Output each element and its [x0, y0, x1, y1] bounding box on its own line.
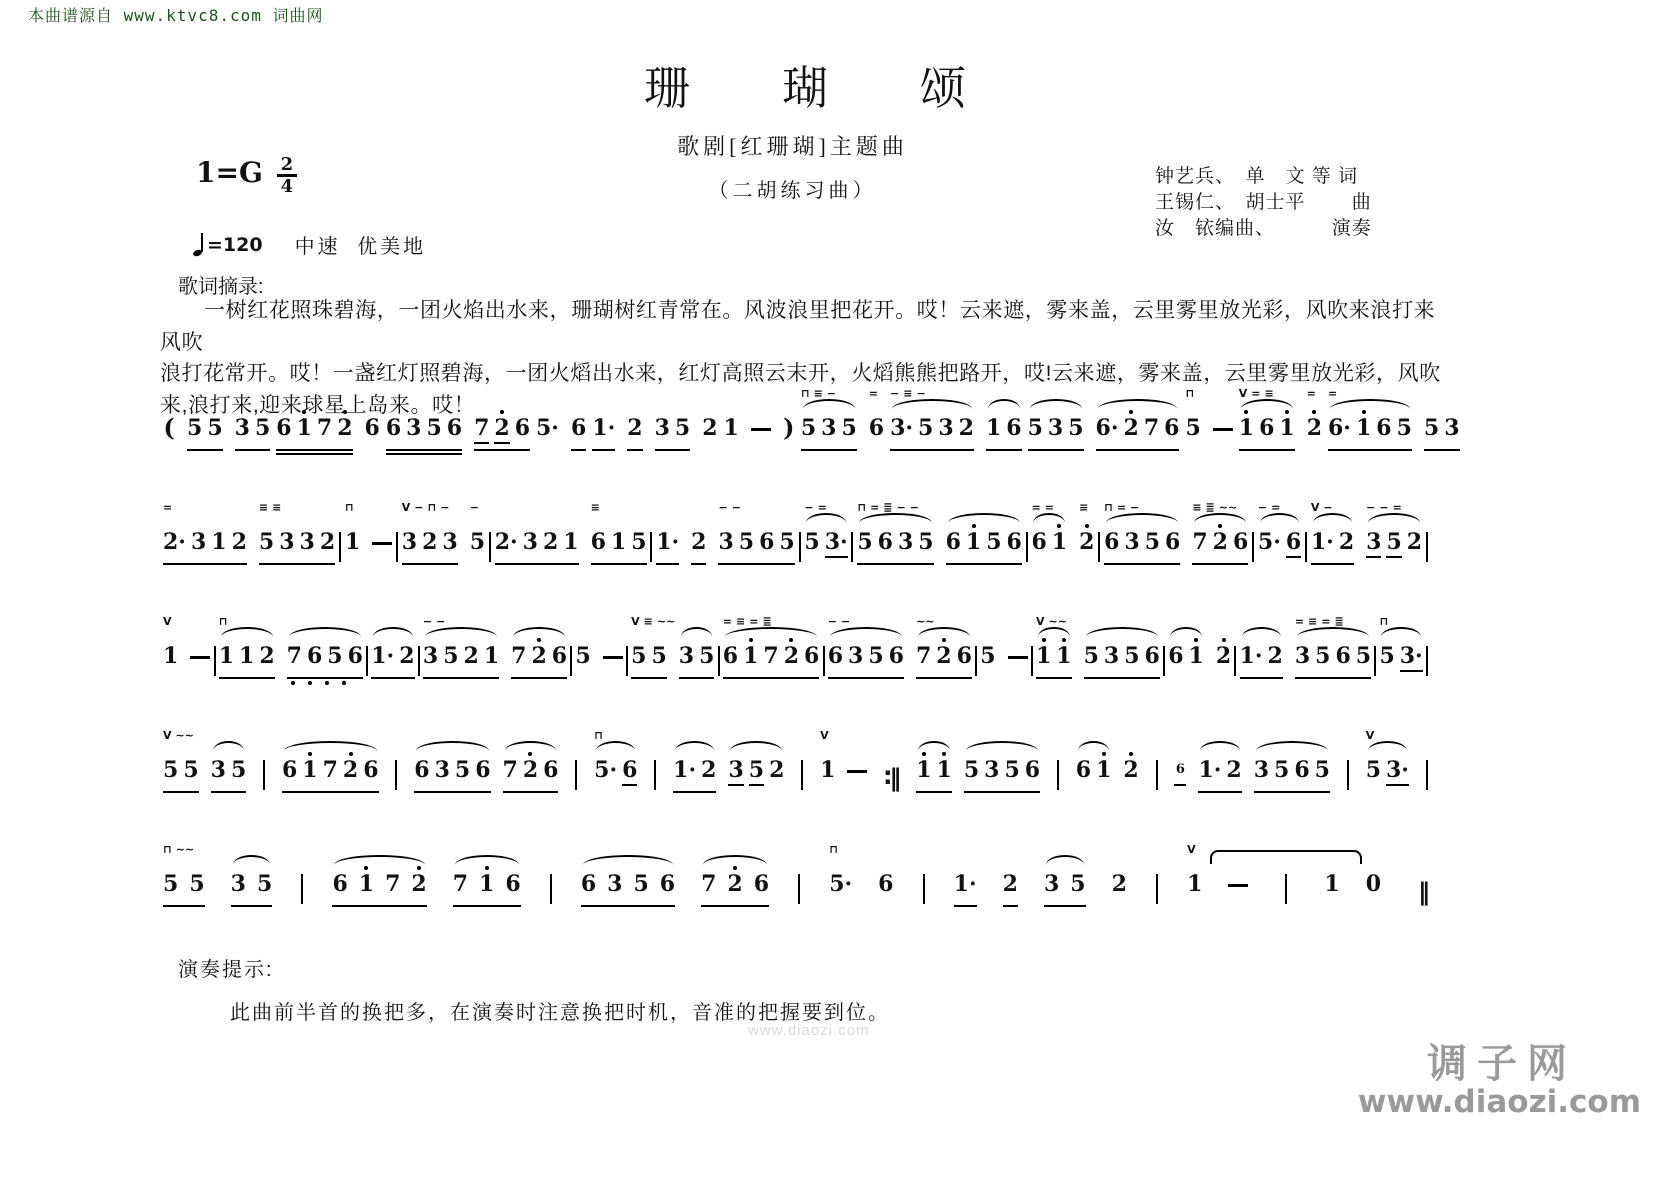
beam-line: [656, 563, 679, 565]
note: 6: [505, 866, 520, 902]
measure: −=53·: [801, 502, 850, 572]
finger-2-mark: =: [818, 502, 827, 513]
bowing-fingering-marks: =≡=≣: [723, 616, 820, 627]
note: 7: [453, 866, 468, 902]
bowing-fingering-marks: =: [1328, 388, 1412, 399]
note: 2: [343, 752, 358, 788]
beam-line: [655, 449, 691, 451]
dash-glyph: [847, 770, 867, 773]
note: 7: [503, 752, 518, 788]
note-digit: 1: [1324, 872, 1339, 896]
slur-arc: [373, 627, 412, 637]
note-group: V∼∼55: [163, 730, 199, 800]
note: 2: [959, 410, 974, 446]
finger-1-mark: −: [890, 388, 899, 399]
note-group: [372, 508, 392, 572]
down-bow-mark: ⊓: [1185, 388, 1194, 399]
page-title: 珊瑚颂: [552, 63, 1058, 114]
note-digit: 6: [828, 644, 843, 668]
slur-arc: [1381, 627, 1420, 637]
note: 5: [1397, 410, 1412, 446]
note: 1·: [954, 866, 977, 902]
bowing-fingering-marks: V: [1187, 844, 1202, 855]
measure: =≡=≣61726: [720, 616, 823, 686]
note-digit: 6: [878, 872, 893, 896]
note: 7: [763, 638, 778, 674]
down-bow-mark: ⊓: [594, 730, 603, 741]
note-digit: 6: [1076, 758, 1091, 782]
beam-line: [282, 791, 379, 793]
note-group: 726: [701, 844, 769, 914]
finger-3-mark: ≡: [736, 616, 745, 627]
note-digit: 1·: [1311, 530, 1334, 554]
bowing-fingering-marks: −≡−: [890, 388, 974, 399]
slur-arc: [284, 741, 377, 751]
note-digit: 5: [964, 758, 979, 782]
beam-line: [386, 453, 462, 455]
note: 6: [1294, 752, 1309, 788]
beam-line: [1198, 791, 1241, 793]
slur-arc: [1098, 399, 1178, 409]
note-digit: 2: [1339, 530, 1354, 554]
slur-arc: [806, 513, 845, 523]
beam-line: [946, 563, 1022, 565]
note-digit: 5: [1356, 644, 1371, 668]
note-digit: 3: [728, 758, 743, 782]
faint-watermark: www.diaozi.com: [748, 1022, 870, 1039]
beam-line: [691, 563, 706, 565]
note: 5: [675, 410, 690, 446]
note-group: 1·2: [1240, 616, 1283, 686]
bowing-fingering-marks: ⊓: [594, 730, 637, 741]
note-digit: 3: [435, 758, 450, 782]
bowing-fingering-marks: ⊓: [345, 502, 360, 513]
note-group: 6356: [386, 388, 462, 458]
barline: [801, 760, 803, 790]
note: 1: [916, 752, 931, 788]
note-digit: 1·: [371, 644, 394, 668]
beam-line: [1096, 449, 1180, 451]
note-group: 1·2: [1198, 730, 1241, 800]
note-group: −−6356: [828, 616, 904, 686]
bowing-fingering-marks: V=≡: [1239, 388, 1295, 399]
measure: V−⊓−323−5: [399, 502, 488, 572]
paren-glyph: (: [163, 416, 174, 440]
note: 3: [279, 524, 294, 560]
measure: ⊓=−6356≡≣∼∼726: [1101, 502, 1251, 572]
measure: ⊓∼∼5535: [160, 844, 275, 914]
note-group: 726: [503, 730, 559, 800]
note-digit: 2: [769, 758, 784, 782]
note: [1213, 416, 1233, 446]
note-group: −−3565: [718, 502, 794, 572]
note-digit: 5: [699, 644, 714, 668]
note-digit: 5: [918, 530, 933, 554]
slur-arc: [213, 741, 245, 751]
note: 5: [868, 638, 883, 674]
finger-1-mark: −: [1366, 502, 1375, 513]
note: 7: [474, 410, 489, 446]
note: 2: [259, 638, 274, 674]
note-digit: 5: [868, 644, 883, 668]
note-group: ≡≣∼∼726: [1192, 502, 1248, 572]
note: 2: [1307, 410, 1322, 446]
beam-line: [890, 449, 974, 451]
finger-1-mark: −: [910, 502, 919, 513]
measure: 1): [721, 388, 798, 458]
note-digit: 3: [1104, 644, 1119, 668]
note-group: 16: [986, 388, 1022, 458]
note: [847, 758, 867, 788]
barline: [1252, 532, 1254, 562]
note: 6: [1168, 638, 1183, 674]
note-digit: 1: [966, 530, 981, 554]
note-digit: 5: [187, 416, 202, 440]
beam-line: [423, 677, 499, 679]
note-group: −=53·: [804, 502, 847, 572]
note-digit: 5: [259, 530, 274, 554]
note: 6: [754, 866, 769, 902]
beam-line: [1254, 791, 1330, 793]
note-digit: 6: [276, 416, 291, 440]
note: 2: [1123, 752, 1138, 788]
note: 6: [723, 638, 738, 674]
slur-arc: [334, 855, 424, 865]
dash-glyph: [190, 656, 210, 659]
bowing-fingering-marks: V: [820, 730, 835, 741]
finger-1-mark: −: [827, 388, 836, 399]
measure: 61726: [279, 730, 382, 800]
note-group: V−1·2: [1311, 502, 1354, 572]
octave-dot-high: [1285, 410, 1289, 414]
note: 6: [1174, 752, 1186, 788]
slur-arc: [830, 627, 902, 637]
beam-line: [591, 563, 647, 565]
note-group: 2: [1112, 844, 1127, 914]
note-digit: 2: [259, 644, 274, 668]
measure: ⊓5·6: [591, 730, 640, 800]
beam-line: [474, 449, 530, 451]
finger-2-mark: =: [1307, 388, 1316, 399]
note: 1·: [1311, 524, 1334, 560]
note-group: 5·: [536, 388, 559, 458]
finger-1-mark: −: [436, 616, 445, 627]
note-digit: 5: [1070, 872, 1085, 896]
note-digit: 2: [422, 530, 437, 554]
octave-dot-high: [500, 410, 504, 414]
bowing-fingering-marks: =: [163, 502, 247, 513]
beam-line: [163, 905, 205, 907]
note-digit: 3: [235, 416, 250, 440]
note-digit: 3·: [1386, 758, 1409, 782]
beam-line: [219, 677, 275, 679]
barline: [654, 760, 656, 790]
note-group: [603, 622, 623, 686]
note: 2: [1268, 638, 1283, 674]
note-digit: 2: [727, 872, 742, 896]
finger-1-mark: −: [1258, 502, 1267, 513]
bowing-fingering-marks: −−: [828, 616, 904, 627]
measure: 1·2352: [670, 730, 787, 800]
bowing-fingering-marks: ≡≡: [259, 502, 335, 513]
note-digit: 5: [163, 872, 178, 896]
note-digit: 1: [820, 758, 835, 782]
octave-dot-high: [1194, 638, 1198, 642]
note: 6: [660, 866, 675, 902]
score-page: 本曲谱源自 www.ktvc8.com 词曲网 珊瑚颂 歌剧[红珊瑚]主题曲 （…: [0, 0, 1669, 1180]
slur-arc: [233, 855, 271, 865]
beam-line: [571, 449, 586, 451]
note-group: 61: [1076, 730, 1112, 800]
note: 5: [189, 866, 204, 902]
note-group: 726: [474, 388, 530, 458]
note-digit: 1: [1239, 416, 1254, 440]
note: 5: [651, 638, 666, 674]
note: 3: [435, 752, 450, 788]
note: 3: [402, 524, 417, 560]
tips-heading: 演奏提示:: [178, 953, 274, 982]
note-digit: 3: [718, 530, 733, 554]
note-digit: 5: [163, 758, 178, 782]
slur-arc: [859, 513, 931, 523]
octave-dot-high: [789, 638, 793, 642]
note-digit: 6: [1165, 530, 1180, 554]
note: 2: [1079, 524, 1094, 560]
note-digit: 6: [571, 416, 586, 440]
music-system: V1⊓11276561·2−−35217265V≡∼∼5535=≡=≣61726…: [160, 612, 1428, 686]
measure: V=≡161=2: [1236, 388, 1325, 458]
slur-arc: [1033, 513, 1065, 523]
finger-1-mark: −: [470, 502, 479, 513]
slur-arc: [892, 399, 972, 409]
note: 2: [399, 638, 414, 674]
note-digit: 5: [1185, 416, 1200, 440]
finger-2-mark: =: [1393, 502, 1402, 513]
note-digit: 3: [423, 644, 438, 668]
note: 2: [727, 866, 742, 902]
note: 6: [363, 752, 378, 788]
note-digit: 5: [1084, 644, 1099, 668]
note-digit: 6: [1164, 416, 1179, 440]
finger-2-mark: =: [1321, 616, 1330, 627]
note-digit: 2: [399, 644, 414, 668]
note: 6: [957, 638, 972, 674]
note-digit: 2: [959, 416, 974, 440]
finger-2-mark: =: [1045, 502, 1054, 513]
octave-dot-high: [1062, 638, 1066, 642]
note: 6: [1031, 524, 1046, 560]
credits-block: 钟艺兵、 单 文 等 词 王锡仁、 胡士平 曲 汝 铱编曲、 演奏: [1155, 164, 1372, 242]
note: 3: [442, 524, 457, 560]
measure: −−3521726: [420, 616, 570, 686]
site-watermark-url: www.diaozi.com: [1358, 1084, 1641, 1120]
measure: −−6356∼∼726: [825, 616, 975, 686]
note-digit: 3: [1444, 416, 1459, 440]
note-digit: 3: [655, 416, 670, 440]
note-digit: 5·: [594, 758, 617, 782]
note-group: V1: [163, 616, 178, 686]
note: 1: [163, 638, 178, 674]
down-bow-mark: ⊓: [219, 616, 228, 627]
beam-line: [631, 677, 667, 679]
bowing-fingering-marks: ⊓=−: [1104, 502, 1180, 513]
finger-1-mark: −: [897, 502, 906, 513]
bowing-fingering-marks: V−⊓−: [402, 502, 458, 513]
note: 6: [1165, 524, 1180, 560]
octave-dot-high: [308, 752, 312, 756]
barline: [923, 874, 925, 904]
note-digit: 5: [1424, 416, 1439, 440]
site-watermark-name: 调子网: [1427, 1032, 1577, 1089]
slur-arc: [803, 399, 855, 409]
note-group: 0: [1366, 844, 1381, 914]
note: 6: [543, 752, 558, 788]
note: 6: [1007, 524, 1022, 560]
slur-arc: [1086, 627, 1158, 637]
note: 1: [724, 410, 739, 446]
slur-arc: [918, 627, 970, 637]
bowing-fingering-marks: =: [869, 388, 884, 399]
note: 5·: [536, 410, 559, 446]
note-digit: 7: [287, 644, 302, 668]
note: 6: [591, 524, 606, 560]
finger-4-mark: ≣: [1334, 616, 1343, 627]
up-bow-mark: V: [1036, 616, 1045, 627]
note-group: 35: [235, 388, 271, 458]
beam-line: [728, 784, 743, 786]
note-group: [847, 736, 867, 800]
beam-line: [511, 677, 567, 679]
slur-arc: [675, 741, 714, 751]
note: 7: [1192, 524, 1207, 560]
note-group: 352: [728, 730, 784, 800]
note-digit: 2: [1003, 872, 1018, 896]
note: 1: [239, 638, 254, 674]
beam-line: [1295, 677, 1371, 679]
barline: [396, 532, 398, 562]
beam-line: [916, 677, 972, 679]
note-group: 1·: [656, 502, 679, 572]
note: 1: [986, 410, 1001, 446]
tie-span: V110‖: [1184, 844, 1428, 914]
credit-arranger-performer: 汝 铱编曲、 演奏: [1155, 216, 1372, 242]
finger-1-mark: −: [828, 616, 837, 627]
dash-glyph: [1213, 428, 1233, 431]
note: 7: [385, 866, 400, 902]
note-group: 6: [1174, 730, 1186, 800]
beam-line: [1003, 905, 1018, 907]
bowing-fingering-marks: ⊓: [219, 616, 275, 627]
note: 2: [1216, 638, 1231, 674]
note-digit: 2·: [495, 530, 518, 554]
note-digit: 1·: [673, 758, 696, 782]
note: 5: [1379, 638, 1394, 674]
measure: V≡∼∼5535: [628, 616, 717, 686]
note: 2: [337, 410, 352, 446]
note: 6: [276, 410, 291, 446]
note: 2: [784, 638, 799, 674]
note: 5: [1366, 752, 1381, 788]
finger-3-mark: ≡: [903, 388, 912, 399]
measure: 6356726: [383, 388, 533, 458]
note: 2: [1124, 410, 1139, 446]
beam-line: [723, 677, 820, 679]
note-digit: 2: [1307, 416, 1322, 440]
note-digit: 5: [255, 416, 270, 440]
beam-line: [287, 677, 363, 679]
music-system: ⊓∼∼553561727166356726⊓5·61·2352V110‖: [160, 840, 1428, 914]
note-digit: 7: [701, 872, 716, 896]
finger-3-mark: ≡: [272, 502, 281, 513]
note: 6·: [1096, 410, 1119, 446]
slur-arc: [703, 855, 767, 865]
note-group: ⊓∼∼55: [163, 844, 205, 914]
note: 1: [1356, 410, 1371, 446]
note: 2: [627, 410, 642, 446]
beam-line: [1286, 556, 1301, 558]
note: 3: [1295, 638, 1310, 674]
note-digit: 1: [219, 644, 234, 668]
note: 5: [207, 410, 222, 446]
note: 5: [187, 410, 202, 446]
slur-arc: [513, 627, 565, 637]
note: 5: [1315, 752, 1330, 788]
note-digit: 2: [1407, 530, 1422, 554]
note: 2: [1407, 524, 1422, 560]
note-digit: 1: [479, 872, 494, 896]
beam-line: [916, 791, 952, 793]
up-bow-mark: V: [1311, 502, 1320, 513]
note: 5: [841, 410, 856, 446]
note: [1008, 644, 1028, 674]
note-group: 5356: [1084, 616, 1160, 686]
note: (: [163, 416, 175, 446]
note-digit: 1: [724, 416, 739, 440]
beam-line: [453, 905, 521, 907]
note-digit: 6: [543, 758, 558, 782]
note-digit: 6: [447, 416, 462, 440]
beam-line: [592, 449, 615, 451]
note: 1: [1052, 524, 1067, 560]
note: 3: [235, 410, 250, 446]
finger-1-mark: −: [718, 502, 727, 513]
note-group: ⊓=−6356: [1104, 502, 1180, 572]
note-digit: 6: [1176, 758, 1185, 782]
bpm-label: =120: [207, 234, 263, 256]
down-bow-mark: ⊓: [829, 844, 838, 855]
note-group: 6·276: [1096, 388, 1180, 458]
dash-glyph: [1008, 656, 1028, 659]
note-digit: 7: [503, 758, 518, 782]
beam-line: [371, 677, 414, 679]
beam-line: [1084, 677, 1160, 679]
note: 2: [320, 524, 335, 560]
measure: 115356: [913, 730, 1043, 800]
measure: ⊓53·: [1376, 616, 1425, 686]
note: 3·: [1400, 638, 1423, 674]
up-bow-mark: V: [163, 730, 172, 741]
tempo-marking: 中速 优美地: [295, 230, 427, 259]
note-digit: 7: [317, 416, 332, 440]
down-bow-mark: ⊓: [801, 388, 810, 399]
beam-line: [163, 563, 247, 565]
tonic-label: 1=G: [196, 158, 263, 188]
notation-area: (55356172663567265·61·23521)⊓≡−535=6−≡−3…: [160, 384, 1428, 954]
note: 3: [300, 524, 315, 560]
octave-dot-high: [1129, 410, 1133, 414]
barline: [575, 760, 577, 790]
note: 3: [607, 866, 622, 902]
